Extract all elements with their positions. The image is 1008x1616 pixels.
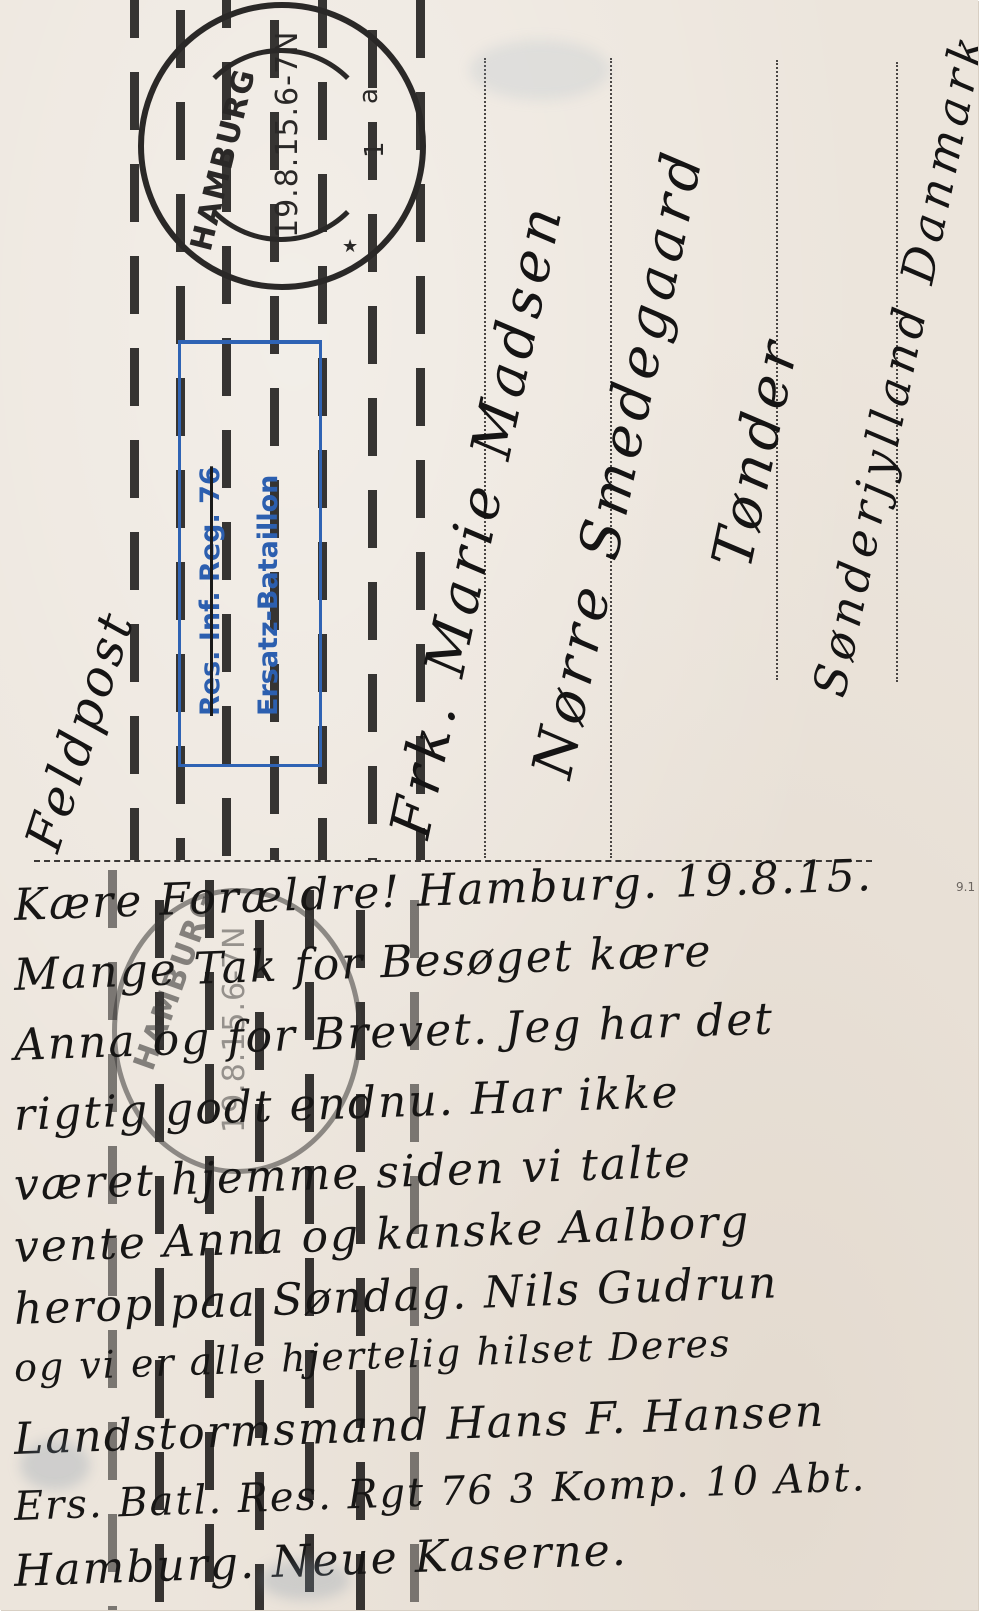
printer-mark: 9.1: [956, 880, 975, 894]
message-line: Ers. Batl. Res. Rgt 76 3 Komp. 10 Abt.: [13, 1454, 867, 1530]
message-line: og vi er alle hjertelig hilset Deres: [13, 1321, 732, 1390]
address-country: Sønderjylland Danmark: [802, 26, 978, 702]
postmark-office: 1: [360, 141, 390, 158]
message-line: Kære Forældre! Hamburg. 19.8.15.: [13, 850, 873, 931]
unit-stamp: Res. Inf. Reg. 76 Ersatz-Bataillon: [178, 340, 322, 767]
ink-smudge: [260, 1560, 350, 1600]
ink-smudge: [470, 40, 610, 100]
message-line: Landstormsmand Hans F. Hansen: [13, 1386, 826, 1465]
unit-stamp-line1: Res. Inf. Reg. 76: [195, 466, 226, 716]
unit-stamp-line2: Ersatz-Bataillon: [253, 475, 284, 716]
ink-smudge: [20, 1440, 90, 1490]
postmark-star: ★: [342, 236, 358, 257]
cancel-bar: [130, 0, 139, 860]
feldpost-label: Feldpost: [14, 603, 146, 858]
postmark-top: HAMBURG 19.8.15.6-7N 1 a ★: [138, 2, 426, 290]
postmark-date: 19.8.15.6-7N: [270, 31, 305, 238]
address-town: Tønder: [700, 331, 812, 574]
postcard: HAMBURG 19.8.15.6-7N 1 a ★ HAMBURG 19.8.…: [0, 0, 978, 1610]
postmark-letter: a: [354, 88, 384, 104]
